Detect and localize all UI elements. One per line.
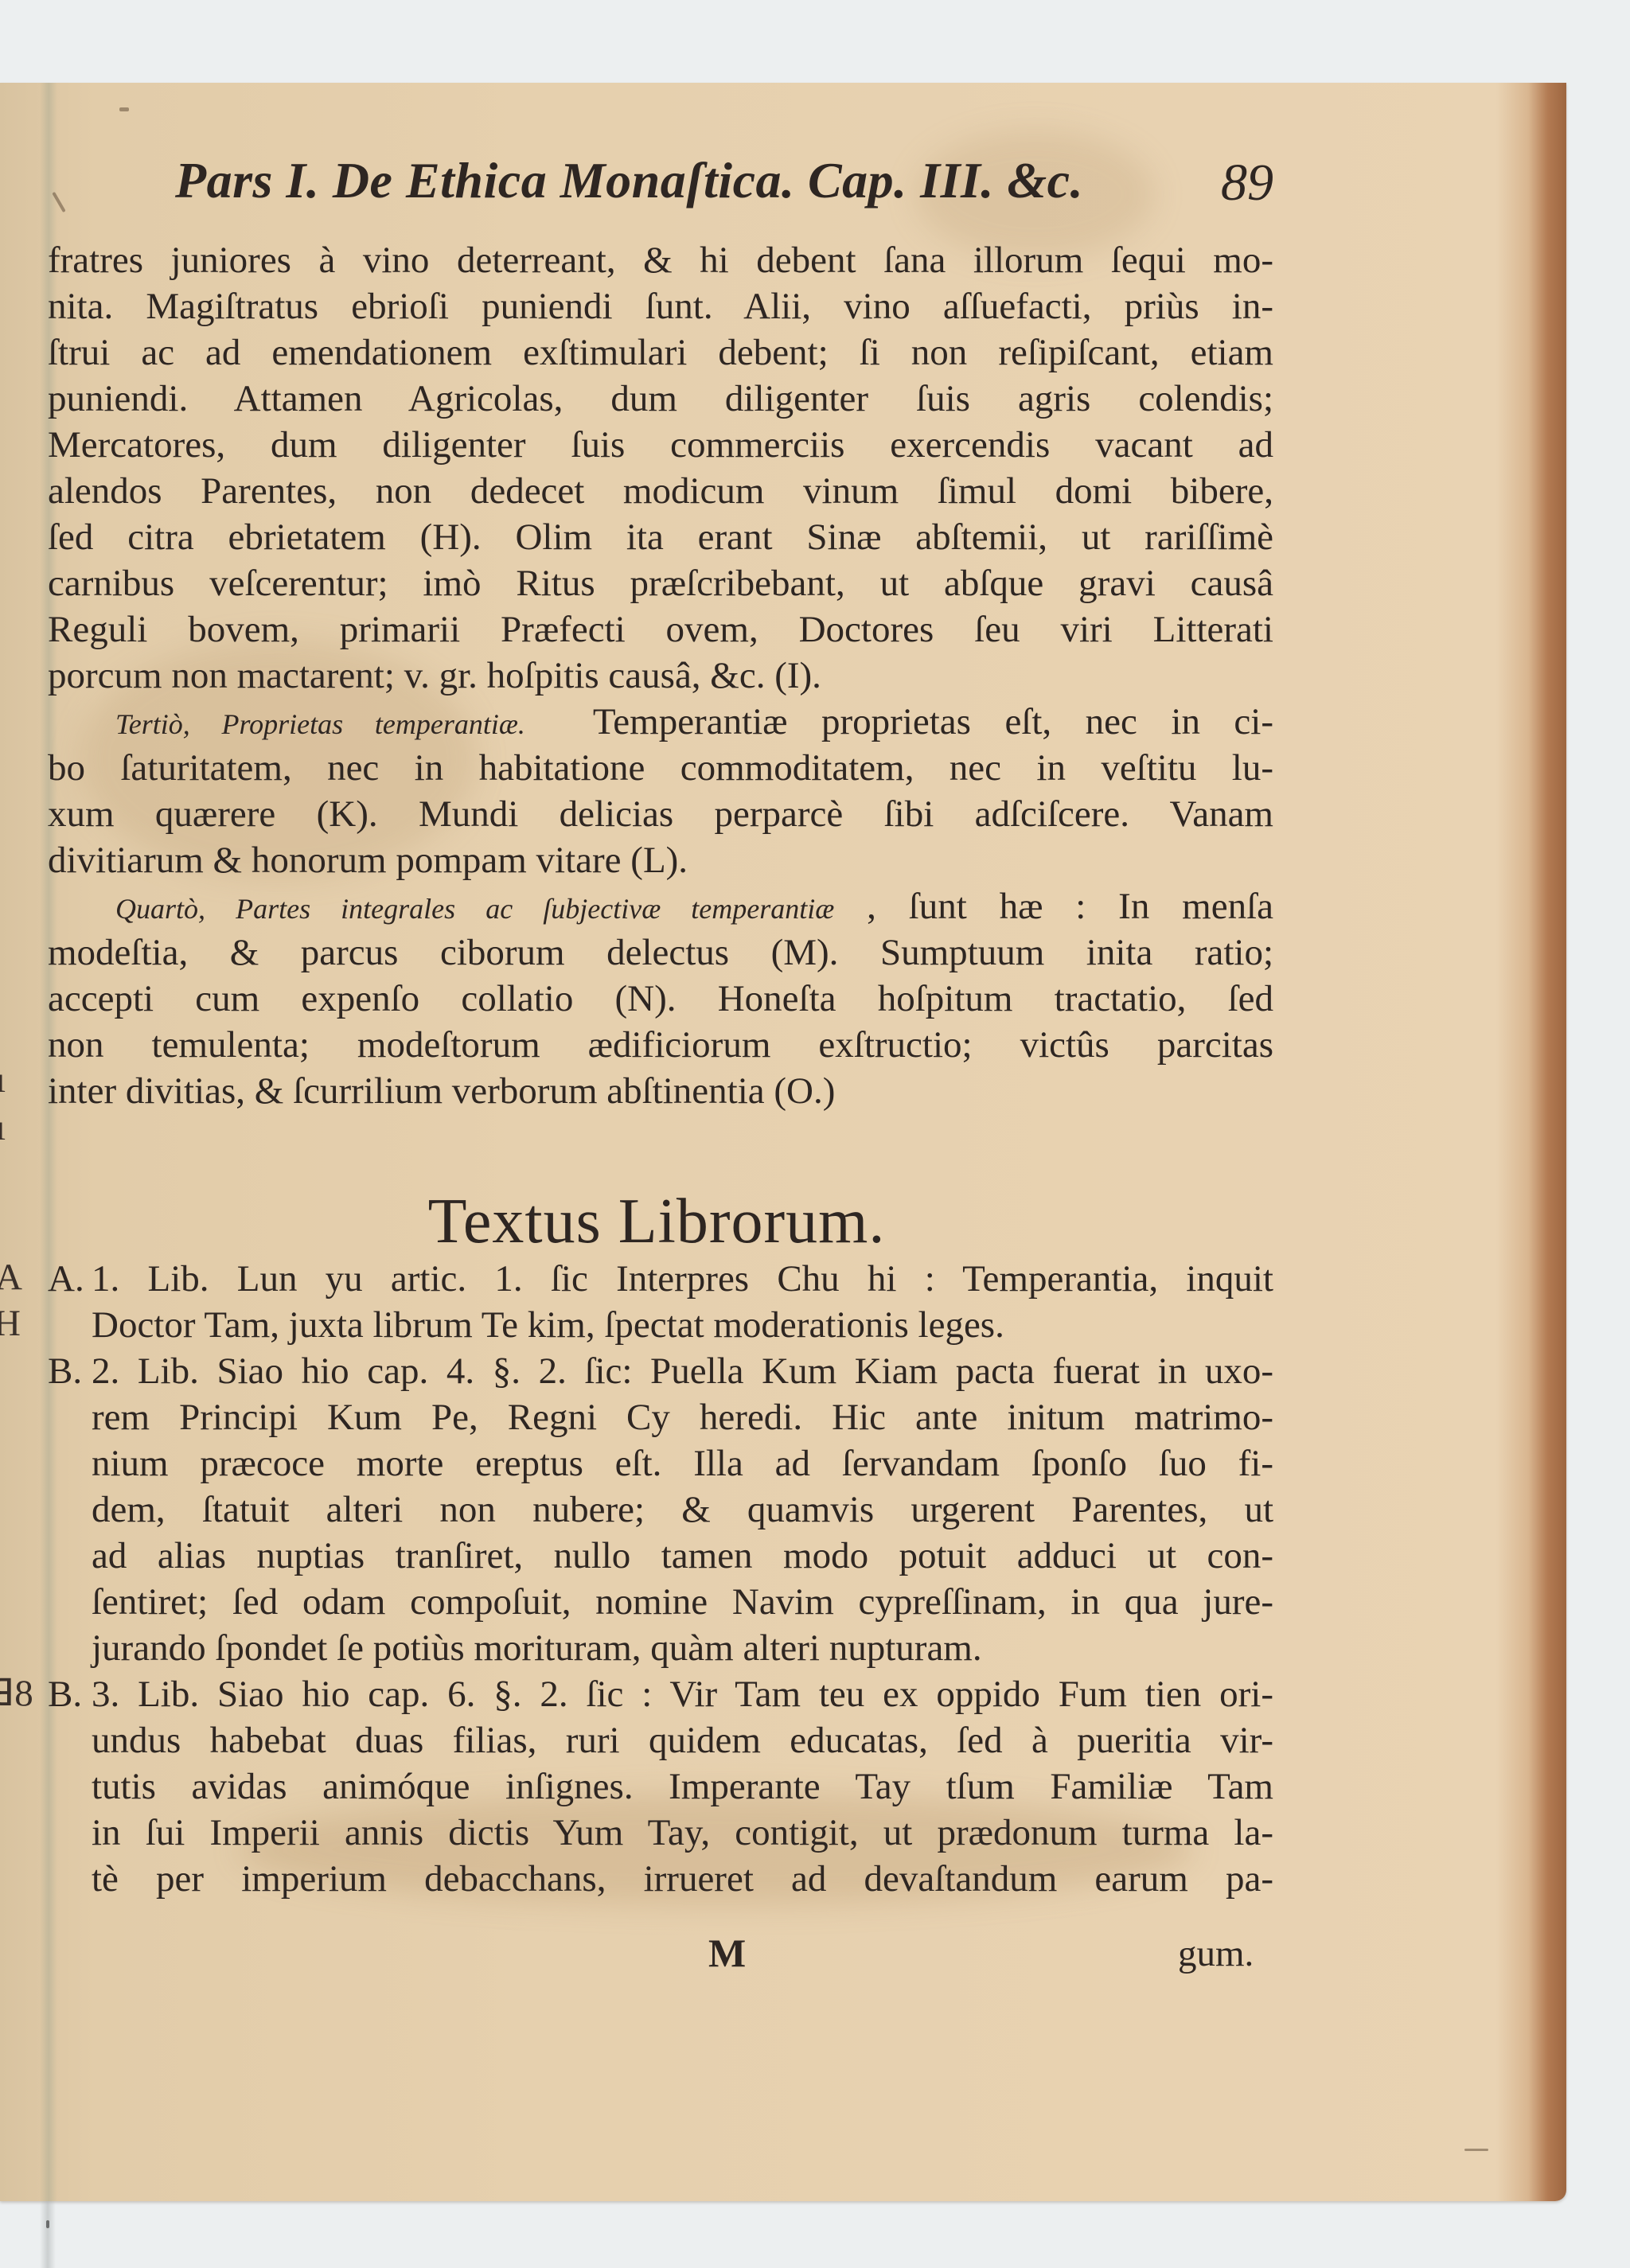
- paragraph-lead: Tertiò, Proprietas temperantiæ.: [115, 708, 525, 740]
- reference-line: rem Principi Kum Pe, Regni Cy heredi. Hi…: [48, 1394, 1273, 1440]
- text-line: non temulenta; modeſtorum ædificiorum ex…: [48, 1022, 1273, 1068]
- reference-line: tè per imperium debacchans, irrueret ad …: [48, 1856, 1273, 1902]
- reference-line: undus habebat duas filias, ruri quidem e…: [48, 1717, 1273, 1763]
- reference-b3: B.3. Lib. Siao hio cap. 6. §. 2. ſic : V…: [48, 1671, 1273, 1902]
- reference-text: 3. Lib. Siao hio cap. 6. §. 2. ſic : Vir…: [92, 1674, 1273, 1715]
- reference-line: Doctor Tam, juxta librum Te kim, ſpectat…: [48, 1302, 1273, 1348]
- text-line: carnibus veſcerentur; imò Ritus præſcrib…: [48, 560, 1273, 606]
- paper-speck: [119, 107, 129, 111]
- bleed-through-mark: H: [0, 1302, 21, 1345]
- text-line: divitiarum & honorum pompam vitare (L).: [48, 837, 1273, 883]
- paper-speck: [46, 2220, 49, 2228]
- reference-line: B.3. Lib. Siao hio cap. 6. §. 2. ſic : V…: [48, 1671, 1273, 1717]
- text-line: porcum non mactarent; v. gr. hoſpitis ca…: [48, 653, 1273, 699]
- text-line: nita. Magiſtratus ebrioſi puniendi ſunt.…: [48, 283, 1273, 329]
- reference-label: A.: [48, 1256, 92, 1302]
- text-run: , ſunt hæ : In menſa: [867, 886, 1273, 927]
- text-line: xum quærere (K). Mundi delicias perparcè…: [48, 791, 1273, 837]
- references-list: A.1. Lib. Lun yu artic. 1. ſic Interpres…: [48, 1256, 1273, 1902]
- section-title: Textus Librorum.: [0, 1186, 1313, 1258]
- text-line: fratres juniores à vino deterreant, & hi…: [48, 237, 1273, 283]
- bleed-through-mark: ı: [0, 1058, 6, 1101]
- text-line: Reguli bovem, primarii Præfecti ovem, Do…: [48, 606, 1273, 653]
- reference-text: 1. Lib. Lun yu artic. 1. ſic Interpres C…: [92, 1258, 1273, 1300]
- page-header: Pars I. De Ethica Monaſtica. Cap. III. &…: [175, 151, 1273, 215]
- page-number: 89: [1221, 153, 1273, 213]
- text-line: modeſtia, & parcus ciborum delectus (M).…: [48, 929, 1273, 976]
- text-line: alendos Parentes, non dedecet modicum vi…: [48, 468, 1273, 514]
- reference-line: tutis avidas animóque inſignes. Imperant…: [48, 1763, 1273, 1810]
- reference-label: B.: [48, 1348, 92, 1394]
- reference-line: A.1. Lib. Lun yu artic. 1. ſic Interpres…: [48, 1256, 1273, 1302]
- text-line: inter divitias, & ſcurrilium verborum ab…: [48, 1068, 1273, 1114]
- running-head: Pars I. De Ethica Monaſtica. Cap. III. &…: [175, 151, 1083, 210]
- paragraph-lead: Quartò, Partes integrales ac ſubjectivæ …: [115, 893, 834, 925]
- text-line: bo ſaturitatem, nec in habitatione commo…: [48, 745, 1273, 791]
- reference-line: ad alias nuptias tranſiret, nullo tamen …: [48, 1533, 1273, 1579]
- text-line: ſed citra ebrietatem (H). Olim ita erant…: [48, 514, 1273, 560]
- reference-text: 2. Lib. Siao hio cap. 4. §. 2. ſic: Puel…: [92, 1350, 1273, 1392]
- paragraph-quarto: Quartò, Partes integrales ac ſubjectivæ …: [48, 883, 1273, 929]
- catchword: gum.: [1178, 1932, 1254, 1975]
- paragraph-tertio: Tertiò, Proprietas temperantiæ. Temperan…: [48, 699, 1273, 745]
- reference-line: B.2. Lib. Siao hio cap. 4. §. 2. ſic: Pu…: [48, 1348, 1273, 1394]
- reference-line: dem, ſtatuit alteri non nubere; & quamvi…: [48, 1487, 1273, 1533]
- text-line: accepti cum expenſo collatio (N). Honeſt…: [48, 976, 1273, 1022]
- reference-line: jurando ſpondet ſe potiùs mori­turam, qu…: [48, 1625, 1273, 1671]
- reference-label: B.: [48, 1671, 92, 1717]
- gutter-shadow-below: [40, 2201, 56, 2268]
- main-text: fratres juniores à vino deterreant, & hi…: [48, 237, 1273, 1114]
- bleed-through-mark: ı: [0, 1106, 6, 1149]
- paper-speck: [1464, 2149, 1488, 2151]
- bleed-through-mark: A: [0, 1256, 22, 1299]
- bleed-through-mark: ꓭ8: [0, 1671, 33, 1715]
- reference-line: in ſui Imperii annis dictis Yum Tay, con…: [48, 1810, 1273, 1856]
- reference-a: A.1. Lib. Lun yu artic. 1. ſic Interpres…: [48, 1256, 1273, 1348]
- signature-mark: M: [708, 1930, 746, 1976]
- reference-b2: B.2. Lib. Siao hio cap. 4. §. 2. ſic: Pu…: [48, 1348, 1273, 1671]
- reference-line: ſentiret; ſed odam compoſuit, nomine Nav…: [48, 1579, 1273, 1625]
- text-line: puniendi. Attamen Agricolas, dum diligen…: [48, 376, 1273, 422]
- text-line: ſtrui ac ad emendationem exſtimulari deb…: [48, 329, 1273, 376]
- text-line: Mercatores, dum diligenter ſuis commerci…: [48, 422, 1273, 468]
- reference-line: nium præcoce morte ereptus eſt. Illa ad …: [48, 1440, 1273, 1487]
- text-run: Temperantiæ proprietas eſt, nec in ci-: [593, 701, 1273, 742]
